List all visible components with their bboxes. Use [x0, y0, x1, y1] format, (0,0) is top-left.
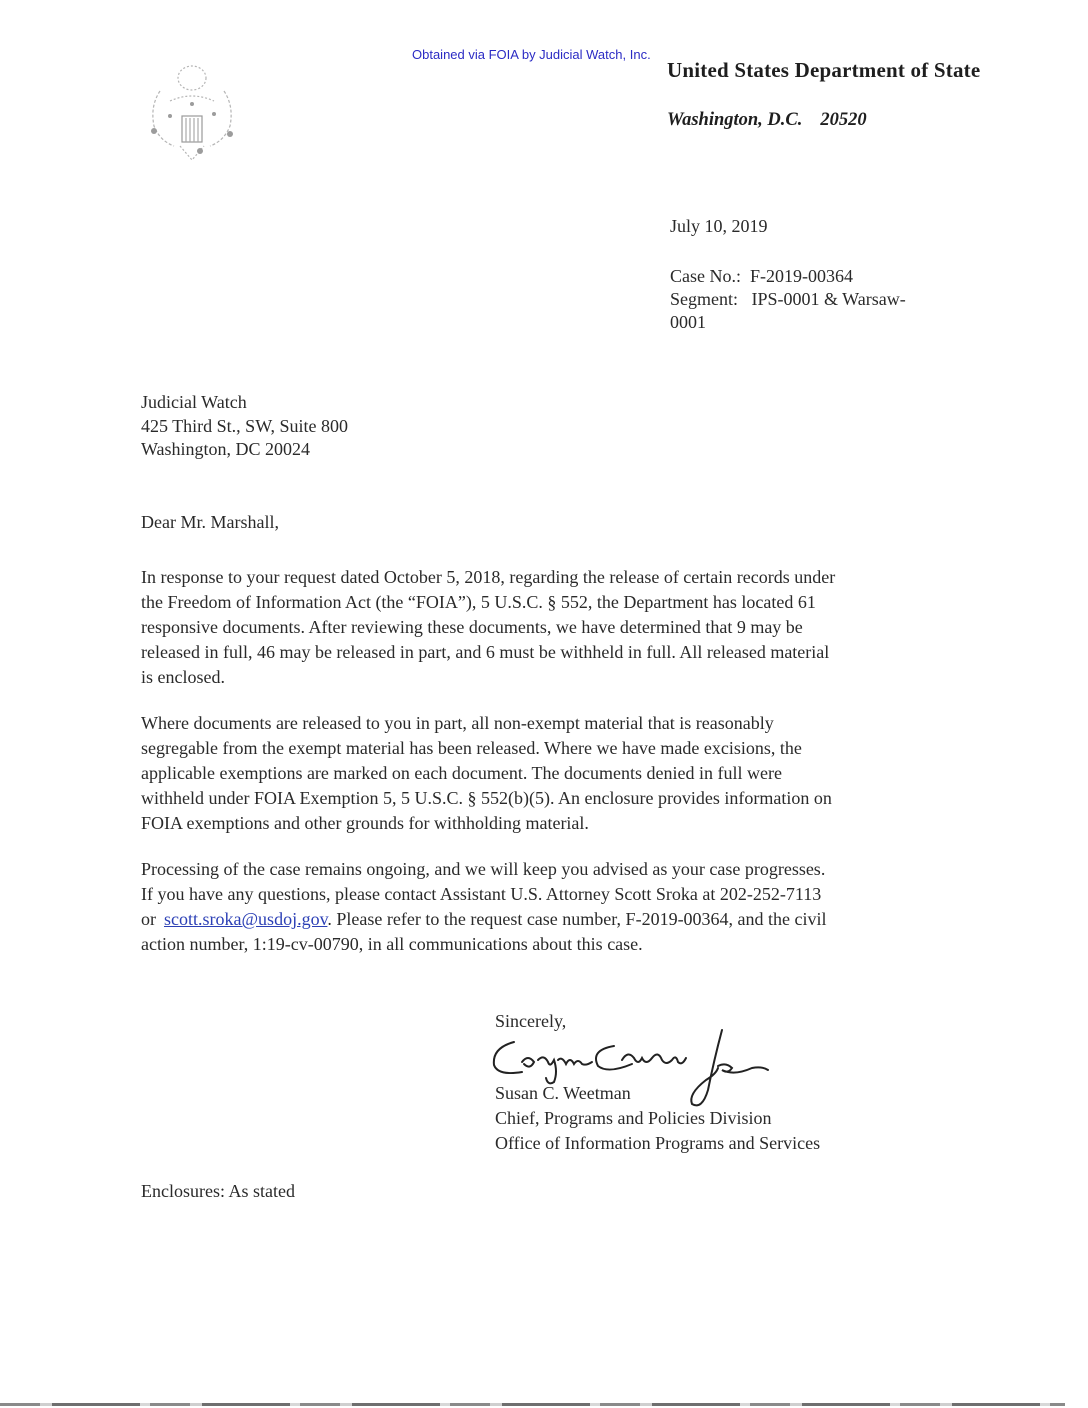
department-name: United States Department of State — [667, 58, 980, 83]
case-number: F-2019-00364 — [750, 266, 853, 286]
recipient-name: Judicial Watch — [141, 391, 348, 415]
text-line: Where documents are released to you in p… — [141, 711, 981, 736]
city: Washington, D.C. — [667, 110, 802, 130]
paragraph-contact: Processing of the case remains ongoing, … — [141, 857, 981, 957]
text-line: Processing of the case remains ongoing, … — [141, 857, 981, 882]
segment-value: IPS-0001 & Warsaw- — [752, 289, 906, 309]
paragraph-response: In response to your request dated Octobe… — [141, 565, 981, 690]
email-link[interactable]: scott.sroka@usdoj.gov — [164, 909, 327, 929]
recipient-street: 425 Third St., SW, Suite 800 — [141, 415, 348, 439]
text-line: applicable exemptions are marked on each… — [141, 761, 981, 786]
text-line: responsive documents. After reviewing th… — [141, 615, 981, 640]
scan-edge-divider — [0, 1403, 1065, 1406]
letter-date: July 10, 2019 — [670, 216, 768, 237]
text-line: In response to your request dated Octobe… — [141, 565, 981, 590]
department-address: Washington, D.C.20520 — [667, 110, 867, 131]
case-label: Case No.: — [670, 266, 741, 286]
signer-office: Office of Information Programs and Servi… — [495, 1131, 820, 1156]
text-fragment: or — [141, 909, 156, 929]
text-line: withheld under FOIA Exemption 5, 5 U.S.C… — [141, 786, 981, 811]
text-line: action number, 1:19-cv-00790, in all com… — [141, 932, 981, 957]
segment-label: Segment: — [670, 289, 738, 309]
zip-code: 20520 — [820, 110, 866, 130]
foia-watermark: Obtained via FOIA by Judicial Watch, Inc… — [412, 47, 651, 62]
signer-title: Chief, Programs and Policies Division — [495, 1106, 820, 1131]
signer-name: Susan C. Weetman — [495, 1081, 820, 1106]
salutation: Dear Mr. Marshall, — [141, 512, 279, 533]
signer-block: Susan C. Weetman Chief, Programs and Pol… — [495, 1081, 820, 1156]
text-line: FOIA exemptions and other grounds for wi… — [141, 811, 981, 836]
recipient-city: Washington, DC 20024 — [141, 438, 348, 462]
enclosures-note: Enclosures: As stated — [141, 1181, 295, 1202]
text-line: segregable from the exempt material has … — [141, 736, 981, 761]
text-line: is enclosed. — [141, 665, 981, 690]
case-info: Case No.: F-2019-00364 Segment: IPS-0001… — [670, 265, 906, 334]
paragraph-exemptions: Where documents are released to you in p… — [141, 711, 981, 836]
text-line: orscott.sroka@usdoj.gov. Please refer to… — [141, 907, 981, 932]
text-line: If you have any questions, please contac… — [141, 882, 981, 907]
recipient-address: Judicial Watch 425 Third St., SW, Suite … — [141, 391, 348, 462]
segment-value-cont: 0001 — [670, 311, 906, 334]
text-fragment: . Please refer to the request case numbe… — [327, 909, 826, 929]
text-line: released in full, 46 may be released in … — [141, 640, 981, 665]
great-seal-icon — [140, 56, 244, 166]
text-line: the Freedom of Information Act (the “FOI… — [141, 590, 981, 615]
